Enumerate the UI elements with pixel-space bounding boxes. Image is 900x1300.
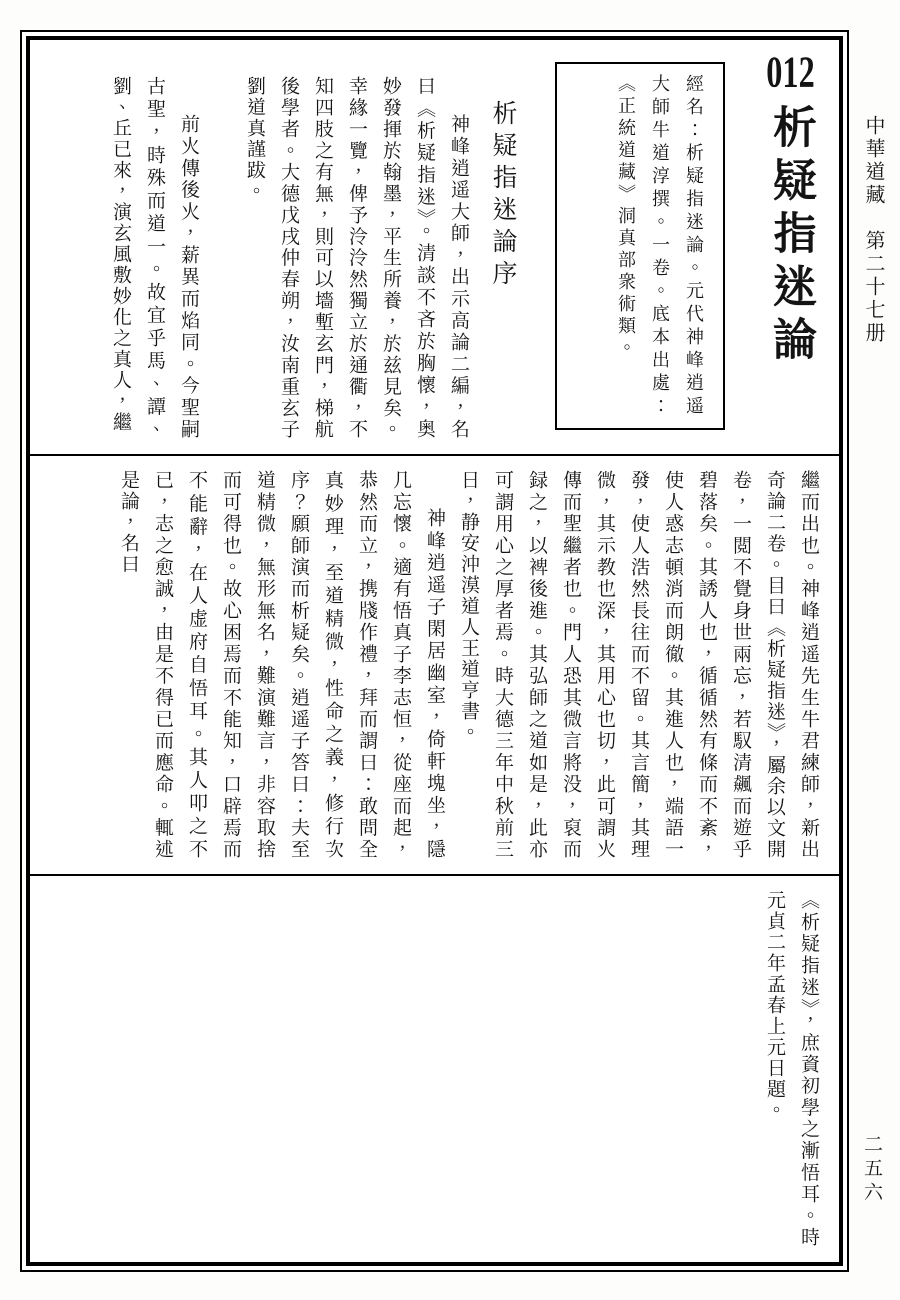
scripture-info-box: 經名：析疑指迷論。元代神峰逍遥大師牛道淳撰。一卷。底本出處：《正統道藏》洞真部衆… (555, 62, 725, 430)
preface-paragraph-1: 神峰逍遥大師，出示高論二編，名曰《析疑指迷》。清談不吝於胸懷，奥妙發揮於翰墨，平… (237, 48, 475, 444)
bottom-paragraph-1: 《析疑指迷》，庶資初學之漸悟耳。時元貞二年孟春上元日題。 (757, 884, 825, 1252)
document-title-block: 012析疑指迷論 (755, 48, 825, 444)
section-title-and-preface: 012析疑指迷論 經名：析疑指迷論。元代神峰逍遥大師牛道淳撰。一卷。底本出處：《… (30, 40, 839, 454)
middle-paragraph-1: 繼而出也。神峰逍遥先生牛君練師，新出奇論二卷。目曰《析疑指迷》，屬余以文開卷，一… (451, 464, 825, 864)
document-inner-frame: 012析疑指迷論 經名：析疑指迷論。元代神峰逍遥大師牛道淳撰。一卷。底本出處：《… (26, 36, 843, 1266)
middle-paragraph-2: 神峰逍遥子閑居幽室，倚軒塊坐，隱几忘懷。適有悟真子李志恒，從座而起，恭然而立，携… (111, 464, 451, 864)
section-middle-text: 繼而出也。神峰逍遥先生牛君練師，新出奇論二卷。目曰《析疑指迷》，屬余以文開卷，一… (30, 454, 839, 874)
volume-label: 中華道藏 第二十七册 (858, 115, 888, 345)
section-bottom-text: 《析疑指迷》，庶資初學之漸悟耳。時元貞二年孟春上元日題。 (30, 874, 839, 1262)
preface-paragraph-2: 前火傳後火，薪異而焰同。今聖嗣古聖，時殊而道一。故宜乎馬、譚、劉、丘已來，演玄風… (103, 48, 205, 444)
document-title: 析疑指迷論 (766, 104, 815, 369)
document-outer-frame: 012析疑指迷論 經名：析疑指迷論。元代神峰逍遥大師牛道淳撰。一卷。底本出處：《… (20, 30, 849, 1272)
preface-heading: 析疑指迷論序 (481, 48, 523, 444)
serial-number: 012 (766, 50, 815, 94)
scripture-info-text: 經名：析疑指迷論。元代神峰逍遥大師牛道淳撰。一卷。底本出處：《正統道藏》洞真部衆… (616, 74, 704, 418)
page-number: 二五六 (858, 1134, 884, 1206)
